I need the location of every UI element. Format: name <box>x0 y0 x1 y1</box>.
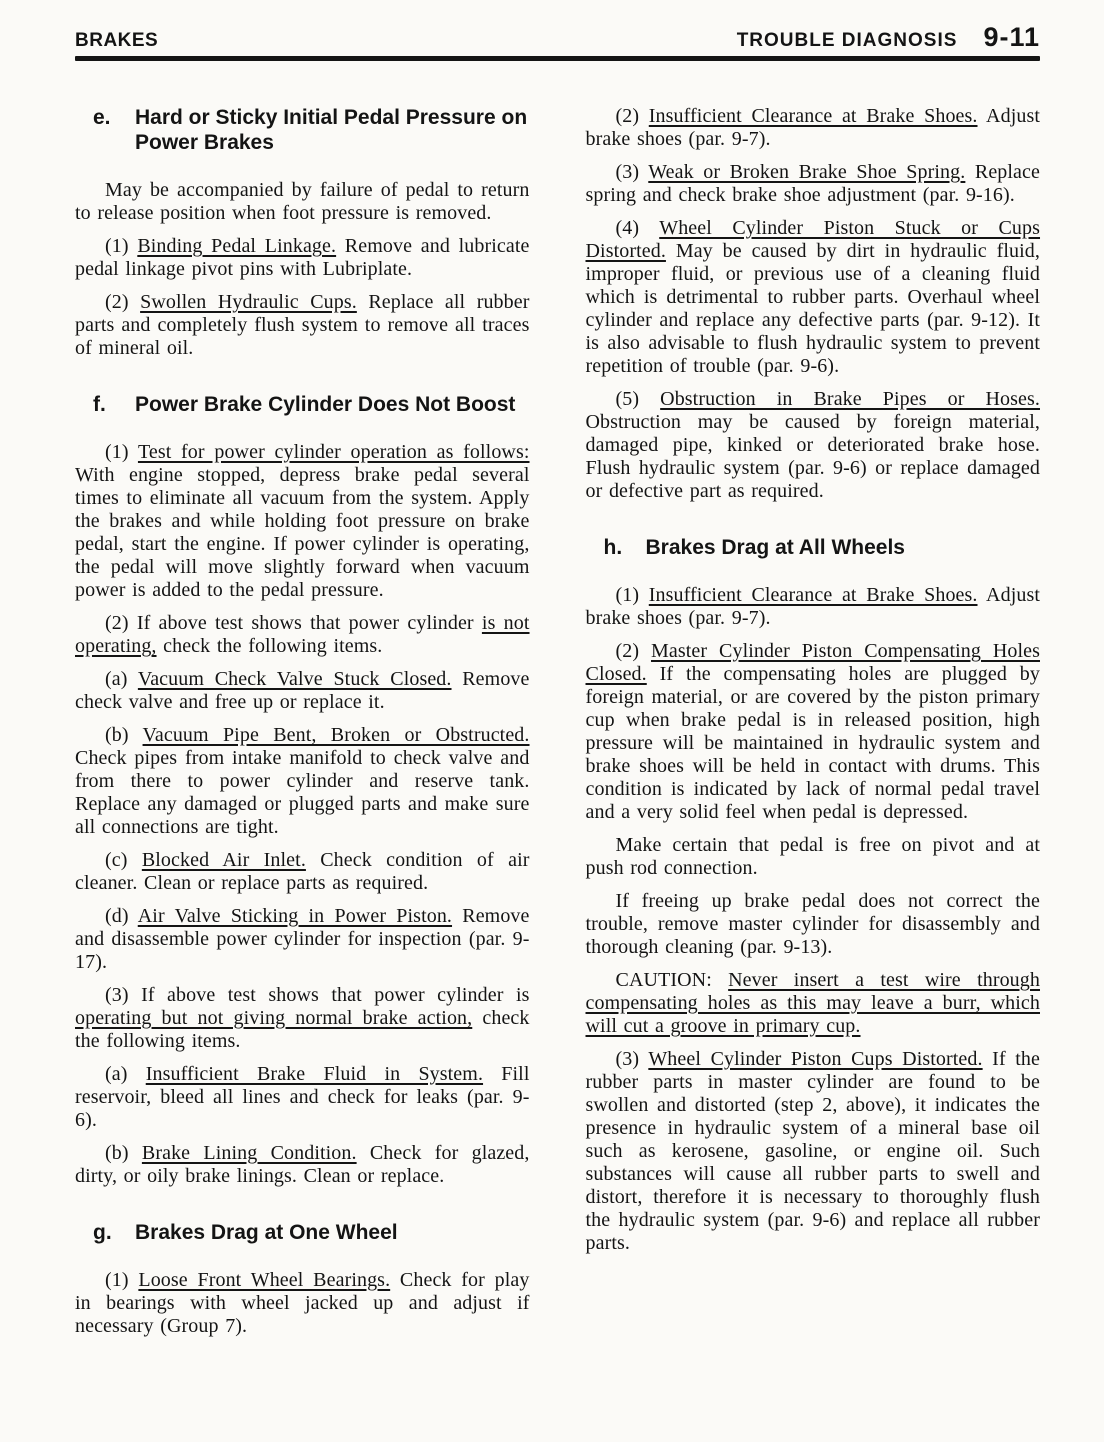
text-run: (2) <box>105 291 140 313</box>
text-run: (2) If above test shows that power cylin… <box>105 612 482 634</box>
text-run: (2) <box>616 105 649 127</box>
text-run: (1) <box>105 441 138 463</box>
text-run: (3) <box>616 1048 649 1070</box>
section-heading: h.Brakes Drag at All Wheels <box>586 535 1041 560</box>
paragraph: (a) Insufficient Brake Fluid in System. … <box>75 1063 530 1132</box>
section-name: BRAKES <box>75 30 158 52</box>
running-head: BRAKES TROUBLE DIAGNOSIS 9-11 <box>75 22 1040 53</box>
paragraph: (1) Test for power cylinder operation as… <box>75 441 530 602</box>
underlined-phrase: Binding Pedal Linkage. <box>137 235 336 257</box>
text-run: check the following items. <box>157 635 383 657</box>
paragraph: (2) Master Cylinder Piston Compensating … <box>586 640 1041 824</box>
manual-page: BRAKES TROUBLE DIAGNOSIS 9-11 e.Hard or … <box>0 0 1104 1442</box>
paragraph: (d) Air Valve Sticking in Power Piston. … <box>75 905 530 974</box>
paragraph: (a) Vacuum Check Valve Stuck Closed. Rem… <box>75 668 530 714</box>
underlined-phrase: operating but not giving normal brake ac… <box>75 1007 472 1029</box>
paragraph: (3) Weak or Broken Brake Shoe Spring. Re… <box>586 161 1041 207</box>
paragraph: (2) If above test shows that power cylin… <box>75 612 530 658</box>
paragraph: If freeing up brake pedal does not corre… <box>586 890 1041 959</box>
paragraph: May be accompanied by failure of pedal t… <box>75 179 530 225</box>
text-run: If freeing up brake pedal does not corre… <box>586 890 1041 958</box>
paragraph: (3) If above test shows that power cylin… <box>75 984 530 1053</box>
text-run: (c) <box>105 849 142 871</box>
section-heading: e.Hard or Sticky Initial Pedal Pressure … <box>75 105 530 155</box>
underlined-phrase: Swollen Hydraulic Cups. <box>140 291 357 313</box>
text-run: May be accompanied by failure of pedal t… <box>75 179 530 224</box>
underlined-phrase: Obstruction in Brake Pipes or Hoses. <box>660 388 1040 410</box>
paragraph: (1) Insufficient Clearance at Brake Shoe… <box>586 584 1041 630</box>
heading-text: Brakes Drag at All Wheels <box>646 535 1041 560</box>
underlined-phrase: Blocked Air Inlet. <box>142 849 306 871</box>
section-heading: f.Power Brake Cylinder Does Not Boost <box>75 392 530 417</box>
text-run: (b) <box>105 724 143 746</box>
underlined-phrase: Loose Front Wheel Bearings. <box>138 1269 390 1291</box>
text-run: (1) <box>616 584 649 606</box>
text-run: (3) <box>616 161 649 183</box>
text-run: With engine stopped, depress brake pedal… <box>75 464 530 601</box>
paragraph: (b) Brake Lining Condition. Check for gl… <box>75 1142 530 1188</box>
running-head-right: TROUBLE DIAGNOSIS 9-11 <box>737 22 1040 53</box>
text-run: (a) <box>105 1063 146 1085</box>
underlined-phrase: Vacuum Check Valve Stuck Closed. <box>138 668 452 690</box>
text-run: (1) <box>105 1269 138 1291</box>
paragraph: Make certain that pedal is free on pivot… <box>586 834 1041 880</box>
underlined-phrase: Vacuum Pipe Bent, Broken or Obstructed. <box>143 724 530 746</box>
text-run: Make certain that pedal is free on pivot… <box>586 834 1041 879</box>
paragraph: (1) Loose Front Wheel Bearings. Check fo… <box>75 1269 530 1338</box>
text-run: (5) <box>616 388 661 410</box>
paragraph: (2) Swollen Hydraulic Cups. Replace all … <box>75 291 530 360</box>
text-run: (d) <box>105 905 138 927</box>
text-run: (1) <box>105 235 137 257</box>
underlined-phrase: Insufficient Clearance at Brake Shoes. <box>649 105 978 127</box>
underlined-phrase: Brake Lining Condition. <box>142 1142 357 1164</box>
text-run: (2) <box>616 640 652 662</box>
underlined-phrase: Insufficient Clearance at Brake Shoes. <box>649 584 978 606</box>
text-run: If the rubber parts in master cylinder a… <box>586 1048 1041 1254</box>
page-number: 9-11 <box>983 22 1040 53</box>
text-run: (3) If above test shows that power cylin… <box>105 984 530 1006</box>
heading-text: Power Brake Cylinder Does Not Boost <box>135 392 530 417</box>
heading-text: Brakes Drag at One Wheel <box>135 1220 530 1245</box>
underlined-phrase: Weak or Broken Brake Shoe Spring. <box>648 161 965 183</box>
paragraph: (3) Wheel Cylinder Piston Cups Distorted… <box>586 1048 1041 1255</box>
text-run: CAUTION: <box>616 969 729 991</box>
text-run: (4) <box>616 217 660 239</box>
text-run: (b) <box>105 1142 142 1164</box>
paragraph: CAUTION: Never insert a test wire throug… <box>586 969 1041 1038</box>
heading-label: h. <box>604 535 646 560</box>
heading-label: g. <box>93 1220 135 1245</box>
underlined-phrase: Insufficient Brake Fluid in System. <box>146 1063 483 1085</box>
paragraph: (b) Vacuum Pipe Bent, Broken or Obstruct… <box>75 724 530 839</box>
paragraph: (4) Wheel Cylinder Piston Stuck or Cups … <box>586 217 1041 378</box>
paragraph: (c) Blocked Air Inlet. Check condition o… <box>75 849 530 895</box>
underlined-phrase: Test for power cylinder operation as fol… <box>138 441 530 463</box>
header-rule <box>75 56 1040 61</box>
page-content: e.Hard or Sticky Initial Pedal Pressure … <box>75 105 1040 1348</box>
heading-label: e. <box>93 105 135 155</box>
text-run: Obstruction may be caused by foreign mat… <box>586 411 1041 502</box>
paragraph: (5) Obstruction in Brake Pipes or Hoses.… <box>586 388 1041 503</box>
paragraph: (1) Binding Pedal Linkage. Remove and lu… <box>75 235 530 281</box>
text-run: If the compensating holes are plugged by… <box>586 663 1041 823</box>
right-column: (2) Insufficient Clearance at Brake Shoe… <box>586 105 1041 1348</box>
left-column: e.Hard or Sticky Initial Pedal Pressure … <box>75 105 530 1348</box>
text-run: (a) <box>105 668 138 690</box>
underlined-phrase: Air Valve Sticking in Power Piston. <box>138 905 452 927</box>
paragraph: (2) Insufficient Clearance at Brake Shoe… <box>586 105 1041 151</box>
heading-label: f. <box>93 392 135 417</box>
heading-text: Hard or Sticky Initial Pedal Pressure on… <box>135 105 530 155</box>
section-heading: g.Brakes Drag at One Wheel <box>75 1220 530 1245</box>
chapter-title: TROUBLE DIAGNOSIS <box>737 30 958 52</box>
underlined-phrase: Wheel Cylinder Piston Cups Distorted. <box>648 1048 982 1070</box>
text-run: Check pipes from intake manifold to chec… <box>75 747 530 838</box>
